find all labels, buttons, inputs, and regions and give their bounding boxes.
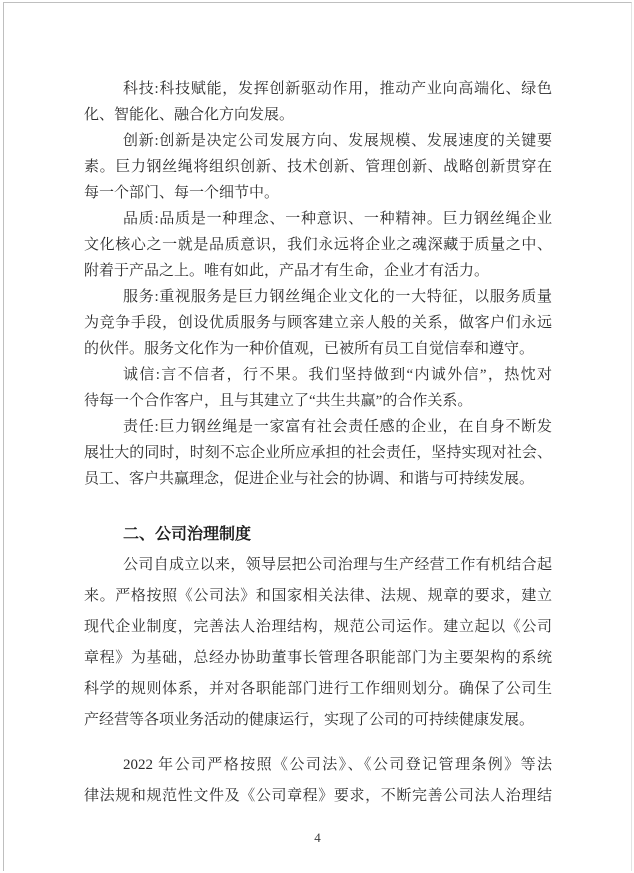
page-content: 科技:科技赋能，发挥创新驱动作用，推动产业向高端化、绿色 化、智能化、融合化方向… bbox=[84, 76, 552, 812]
text-line: 服务:重视服务是巨力钢丝绳企业文化的一大特征，以服务质量 bbox=[84, 284, 552, 310]
page-number: 4 bbox=[314, 830, 321, 845]
text-line: 公司自成立以来，领导层把公司治理与生产经营工作有机结合起 bbox=[84, 550, 552, 581]
text-line: 2022 年公司严格按照《公司法》、《公司登记管理条例》等法 bbox=[84, 750, 552, 781]
document-page: 科技:科技赋能，发挥创新驱动作用，推动产业向高端化、绿色 化、智能化、融合化方向… bbox=[3, 2, 632, 871]
text-line: 产经营等各项业务活动的健康运行，实现了公司的可持续健康发展。 bbox=[84, 705, 552, 736]
text-line: 品质:品质是一种理念、一种意识、一种精神。巨力钢丝绳企业 bbox=[84, 206, 552, 232]
text-line: 附着于产品之上。唯有如此，产品才有生命，企业才有活力。 bbox=[84, 258, 552, 284]
text-line: 创新:创新是决定公司发展方向、发展规模、发展速度的关键要 bbox=[84, 128, 552, 154]
paragraph-governance-2022: 2022 年公司严格按照《公司法》、《公司登记管理条例》等法 律法规和规范性文件… bbox=[84, 750, 552, 812]
text-line: 的伙伴。服务文化作为一种价值观，已被所有员工自觉信奉和遵守。 bbox=[84, 336, 552, 362]
paragraph-tech: 科技:科技赋能，发挥创新驱动作用，推动产业向高端化、绿色 化、智能化、融合化方向… bbox=[84, 76, 552, 128]
text-line: 科技:科技赋能，发挥创新驱动作用，推动产业向高端化、绿色 bbox=[84, 76, 552, 102]
text-line: 待每一个合作客户，且与其建立了“共生共赢”的合作关系。 bbox=[84, 388, 552, 414]
text-line: 律法规和规范性文件及《公司章程》要求，不断完善公司法人治理结 bbox=[84, 781, 552, 812]
text-line: 现代企业制度，完善法人治理结构，规范公司运作。建立起以《公司 bbox=[84, 612, 552, 643]
paragraph-governance-overview: 公司自成立以来，领导层把公司治理与生产经营工作有机结合起 来。严格按照《公司法》… bbox=[84, 550, 552, 736]
paragraph-service: 服务:重视服务是巨力钢丝绳企业文化的一大特征，以服务质量 为竞争手段，创设优质服… bbox=[84, 284, 552, 362]
page-number-footer: 4 bbox=[4, 830, 631, 846]
text-line: 文化核心之一就是品质意识，我们永远将企业之魂深藏于质量之中、 bbox=[84, 232, 552, 258]
paragraph-integrity: 诚信:言不信者，行不果。我们坚持做到“内诚外信”，热忱对 待每一个合作客户，且与… bbox=[84, 362, 552, 414]
governance-section: 二、公司治理制度 公司自成立以来，领导层把公司治理与生产经营工作有机结合起 来。… bbox=[84, 519, 552, 812]
paragraph-quality: 品质:品质是一种理念、一种意识、一种精神。巨力钢丝绳企业 文化核心之一就是品质意… bbox=[84, 206, 552, 284]
text-line: 化、智能化、融合化方向发展。 bbox=[84, 102, 552, 128]
text-line: 员工、客户共赢理念，促进企业与社会的协调、和谐与可持续发展。 bbox=[84, 466, 552, 492]
paragraph-responsibility: 责任:巨力钢丝绳是一家富有社会责任感的企业，在自身不断发 展壮大的同时，时刻不忘… bbox=[84, 414, 552, 492]
paragraph-innovation: 创新:创新是决定公司发展方向、发展规模、发展速度的关键要 素。巨力钢丝绳将组织创… bbox=[84, 128, 552, 206]
text-line: 为竞争手段，创设优质服务与顾客建立亲人般的关系，做客户们永远 bbox=[84, 310, 552, 336]
text-line: 科学的规则体系，并对各职能部门进行工作细则划分。确保了公司生 bbox=[84, 674, 552, 705]
text-line: 素。巨力钢丝绳将组织创新、技术创新、管理创新、战略创新贯穿在 bbox=[84, 154, 552, 180]
governance-section-heading: 二、公司治理制度 bbox=[84, 519, 552, 550]
text-line: 来。严格按照《公司法》和国家相关法律、法规、规章的要求，建立 bbox=[84, 581, 552, 612]
text-line: 展壮大的同时，时刻不忘企业所应承担的社会责任，坚持实现对社会、 bbox=[84, 440, 552, 466]
text-line: 诚信:言不信者，行不果。我们坚持做到“内诚外信”，热忱对 bbox=[84, 362, 552, 388]
text-line: 每一个部门、每一个细节中。 bbox=[84, 180, 552, 206]
text-line: 章程》为基础，总经办协助董事长管理各职能部门为主要架构的系统 bbox=[84, 643, 552, 674]
text-line: 责任:巨力钢丝绳是一家富有社会责任感的企业，在自身不断发 bbox=[84, 414, 552, 440]
culture-section: 科技:科技赋能，发挥创新驱动作用，推动产业向高端化、绿色 化、智能化、融合化方向… bbox=[84, 76, 552, 492]
